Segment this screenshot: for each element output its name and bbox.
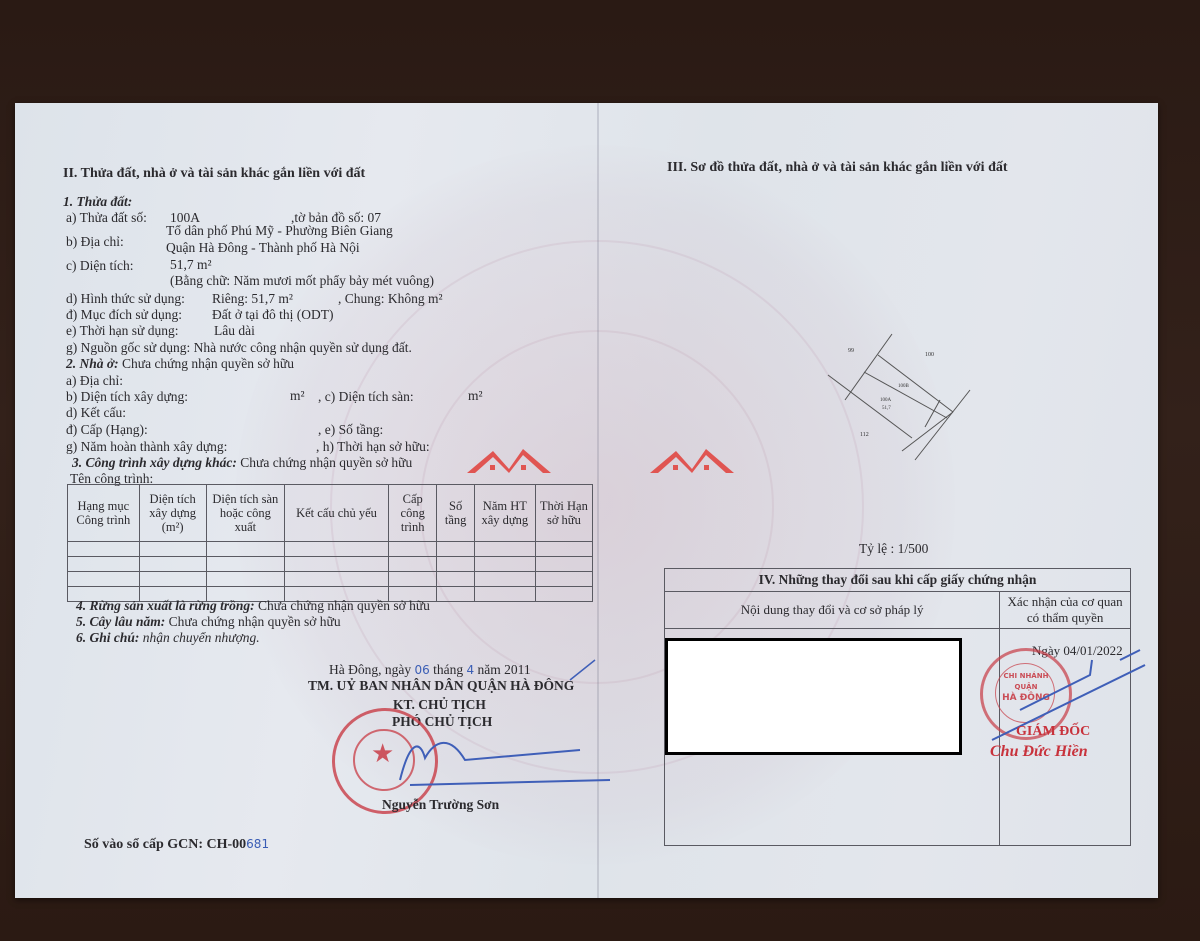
house-floor-area: , c) Diện tích sàn: (318, 389, 414, 405)
forest-status: Chưa chứng nhận quyền sở hữu (258, 598, 430, 613)
note-heading: 6. Ghi chú: (76, 630, 139, 645)
table-cell (389, 557, 437, 572)
house-grade: đ) Cấp (Hạng): (66, 422, 148, 438)
redacted-box (665, 638, 962, 755)
house-logo-icon (648, 445, 736, 475)
svg-text:100B: 100B (898, 384, 910, 389)
table-cell (206, 542, 284, 557)
parcel-label: a) Thửa đất số: (66, 210, 147, 226)
svg-text:112: 112 (860, 432, 869, 438)
house-ownership-term: , h) Thời hạn sở hữu: (316, 439, 430, 455)
table-row (68, 557, 593, 572)
term-value: Lâu dài (214, 323, 255, 339)
floor-area-unit: m² (468, 388, 483, 404)
table-cell (285, 542, 389, 557)
confirm-title: GIÁM ĐỐC (1016, 724, 1090, 740)
other-works-heading: 3. Công trình xây dựng khác: (72, 455, 237, 470)
table-cell (206, 572, 284, 587)
use-form-label: d) Hình thức sử dụng: (66, 291, 185, 307)
table-cell (139, 572, 206, 587)
changes-col-confirm: Xác nhận của cơ quan có thẩm quyền (1000, 592, 1131, 629)
section-iii-title: III. Sơ đồ thửa đất, nhà ở và tài sản kh… (667, 160, 1008, 176)
table-cell (139, 542, 206, 557)
table-cell (285, 572, 389, 587)
area-value: 51,7 m² (170, 257, 212, 273)
table-header-cell: Diện tích xây dựng (m²) (139, 485, 206, 542)
build-area-unit: m² (290, 388, 305, 404)
table-cell (474, 557, 535, 572)
address-line1: Tổ dân phố Phú Mỹ - Phường Biên Giang (166, 223, 393, 239)
term-label: e) Thời hạn sử dụng: (66, 323, 178, 339)
house-logo-icon (465, 445, 553, 475)
table-cell (437, 557, 475, 572)
area-label: c) Diện tích: (66, 258, 133, 274)
perennial-status: Chưa chứng nhận quyền sở hữu (169, 614, 341, 629)
table-row (68, 572, 593, 587)
table-cell (68, 572, 140, 587)
table-row (68, 542, 593, 557)
house-structure: d) Kết cấu: (66, 405, 126, 421)
changes-title: IV. Những thay đổi sau khi cấp giấy chứn… (665, 569, 1131, 592)
table-cell (389, 542, 437, 557)
confirm-signer: Chu Đức Hiền (990, 744, 1088, 760)
use-form-shared: , Chung: Không m² (338, 291, 443, 307)
table-header-cell: Hạng mục Công trình (68, 485, 140, 542)
table-cell (68, 542, 140, 557)
table-cell (437, 542, 475, 557)
registry-handwritten: 681 (246, 837, 269, 851)
table-header-cell: Kết cấu chủ yếu (285, 485, 389, 542)
other-works-status: Chưa chứng nhận quyền sở hữu (240, 455, 412, 470)
purpose-label: đ) Mục đích sử dụng: (66, 307, 182, 323)
table-cell (139, 557, 206, 572)
table-cell (474, 572, 535, 587)
signer-name: Nguyễn Trường Sơn (382, 797, 499, 813)
area-words: (Bằng chữ: Năm mươi mốt phẩy bảy mét vuô… (170, 273, 434, 289)
house-floors: , e) Số tầng: (318, 422, 383, 438)
table-cell (535, 587, 592, 602)
table-cell (474, 587, 535, 602)
house-heading: 2. Nhà ở: (66, 356, 119, 371)
table-cell (68, 557, 140, 572)
table-header-cell: Số tầng (437, 485, 475, 542)
table-cell (206, 557, 284, 572)
changes-col-content: Nội dung thay đổi và cơ sở pháp lý (665, 592, 1000, 629)
table-header-cell: Diện tích sàn hoặc công xuất (206, 485, 284, 542)
table-cell (535, 572, 592, 587)
table-cell (285, 557, 389, 572)
registry-number: Số vào sổ cấp GCN: CH-00681 (84, 836, 269, 853)
table-cell (437, 587, 475, 602)
other-works-table: Hạng mục Công trìnhDiện tích xây dựng (m… (67, 484, 593, 602)
land-heading: 1. Thửa đất: (63, 194, 132, 210)
svg-text:100: 100 (925, 352, 934, 358)
svg-text:51,7: 51,7 (882, 406, 891, 411)
table-cell (437, 572, 475, 587)
house-status: Chưa chứng nhận quyền sở hữu (122, 356, 294, 371)
registry-label: Số vào sổ cấp GCN: CH-00 (84, 837, 246, 852)
table-cell (389, 572, 437, 587)
signature-left (380, 640, 620, 800)
table-cell (535, 542, 592, 557)
house-completion: g) Năm hoàn thành xây dựng: (66, 439, 227, 455)
origin: g) Nguồn gốc sử dụng: Nhà nước công nhận… (66, 340, 412, 356)
address-line2: Quận Hà Đông - Thành phố Hà Nội (166, 240, 360, 256)
forest-heading: 4. Rừng sản xuất là rừng trồng: (76, 598, 255, 613)
table-header-cell: Cấp công trình (389, 485, 437, 542)
use-form-private: Riêng: 51,7 m² (212, 291, 293, 307)
table-cell (535, 557, 592, 572)
table-header-cell: Thời Hạn sở hữu (535, 485, 592, 542)
svg-text:99: 99 (848, 348, 854, 354)
table-header-cell: Năm HT xây dựng (474, 485, 535, 542)
address-label: b) Địa chỉ: (66, 234, 124, 250)
note-value: nhận chuyển nhượng. (143, 630, 260, 645)
svg-text:100A: 100A (880, 398, 892, 403)
house-address: a) Địa chỉ: (66, 373, 123, 389)
house-build-area: b) Diện tích xây dựng: (66, 389, 188, 405)
parcel-diagram: 99 100 112 100B 100A 51,7 (820, 330, 990, 470)
table-cell (474, 542, 535, 557)
diagram-scale: Tỷ lệ : 1/500 (859, 541, 928, 557)
purpose-value: Đất ở tại đô thị (ODT) (212, 307, 334, 323)
section-ii-title: II. Thửa đất, nhà ở và tài sản khác gắn … (63, 166, 365, 182)
perennial-heading: 5. Cây lâu năm: (76, 614, 165, 629)
